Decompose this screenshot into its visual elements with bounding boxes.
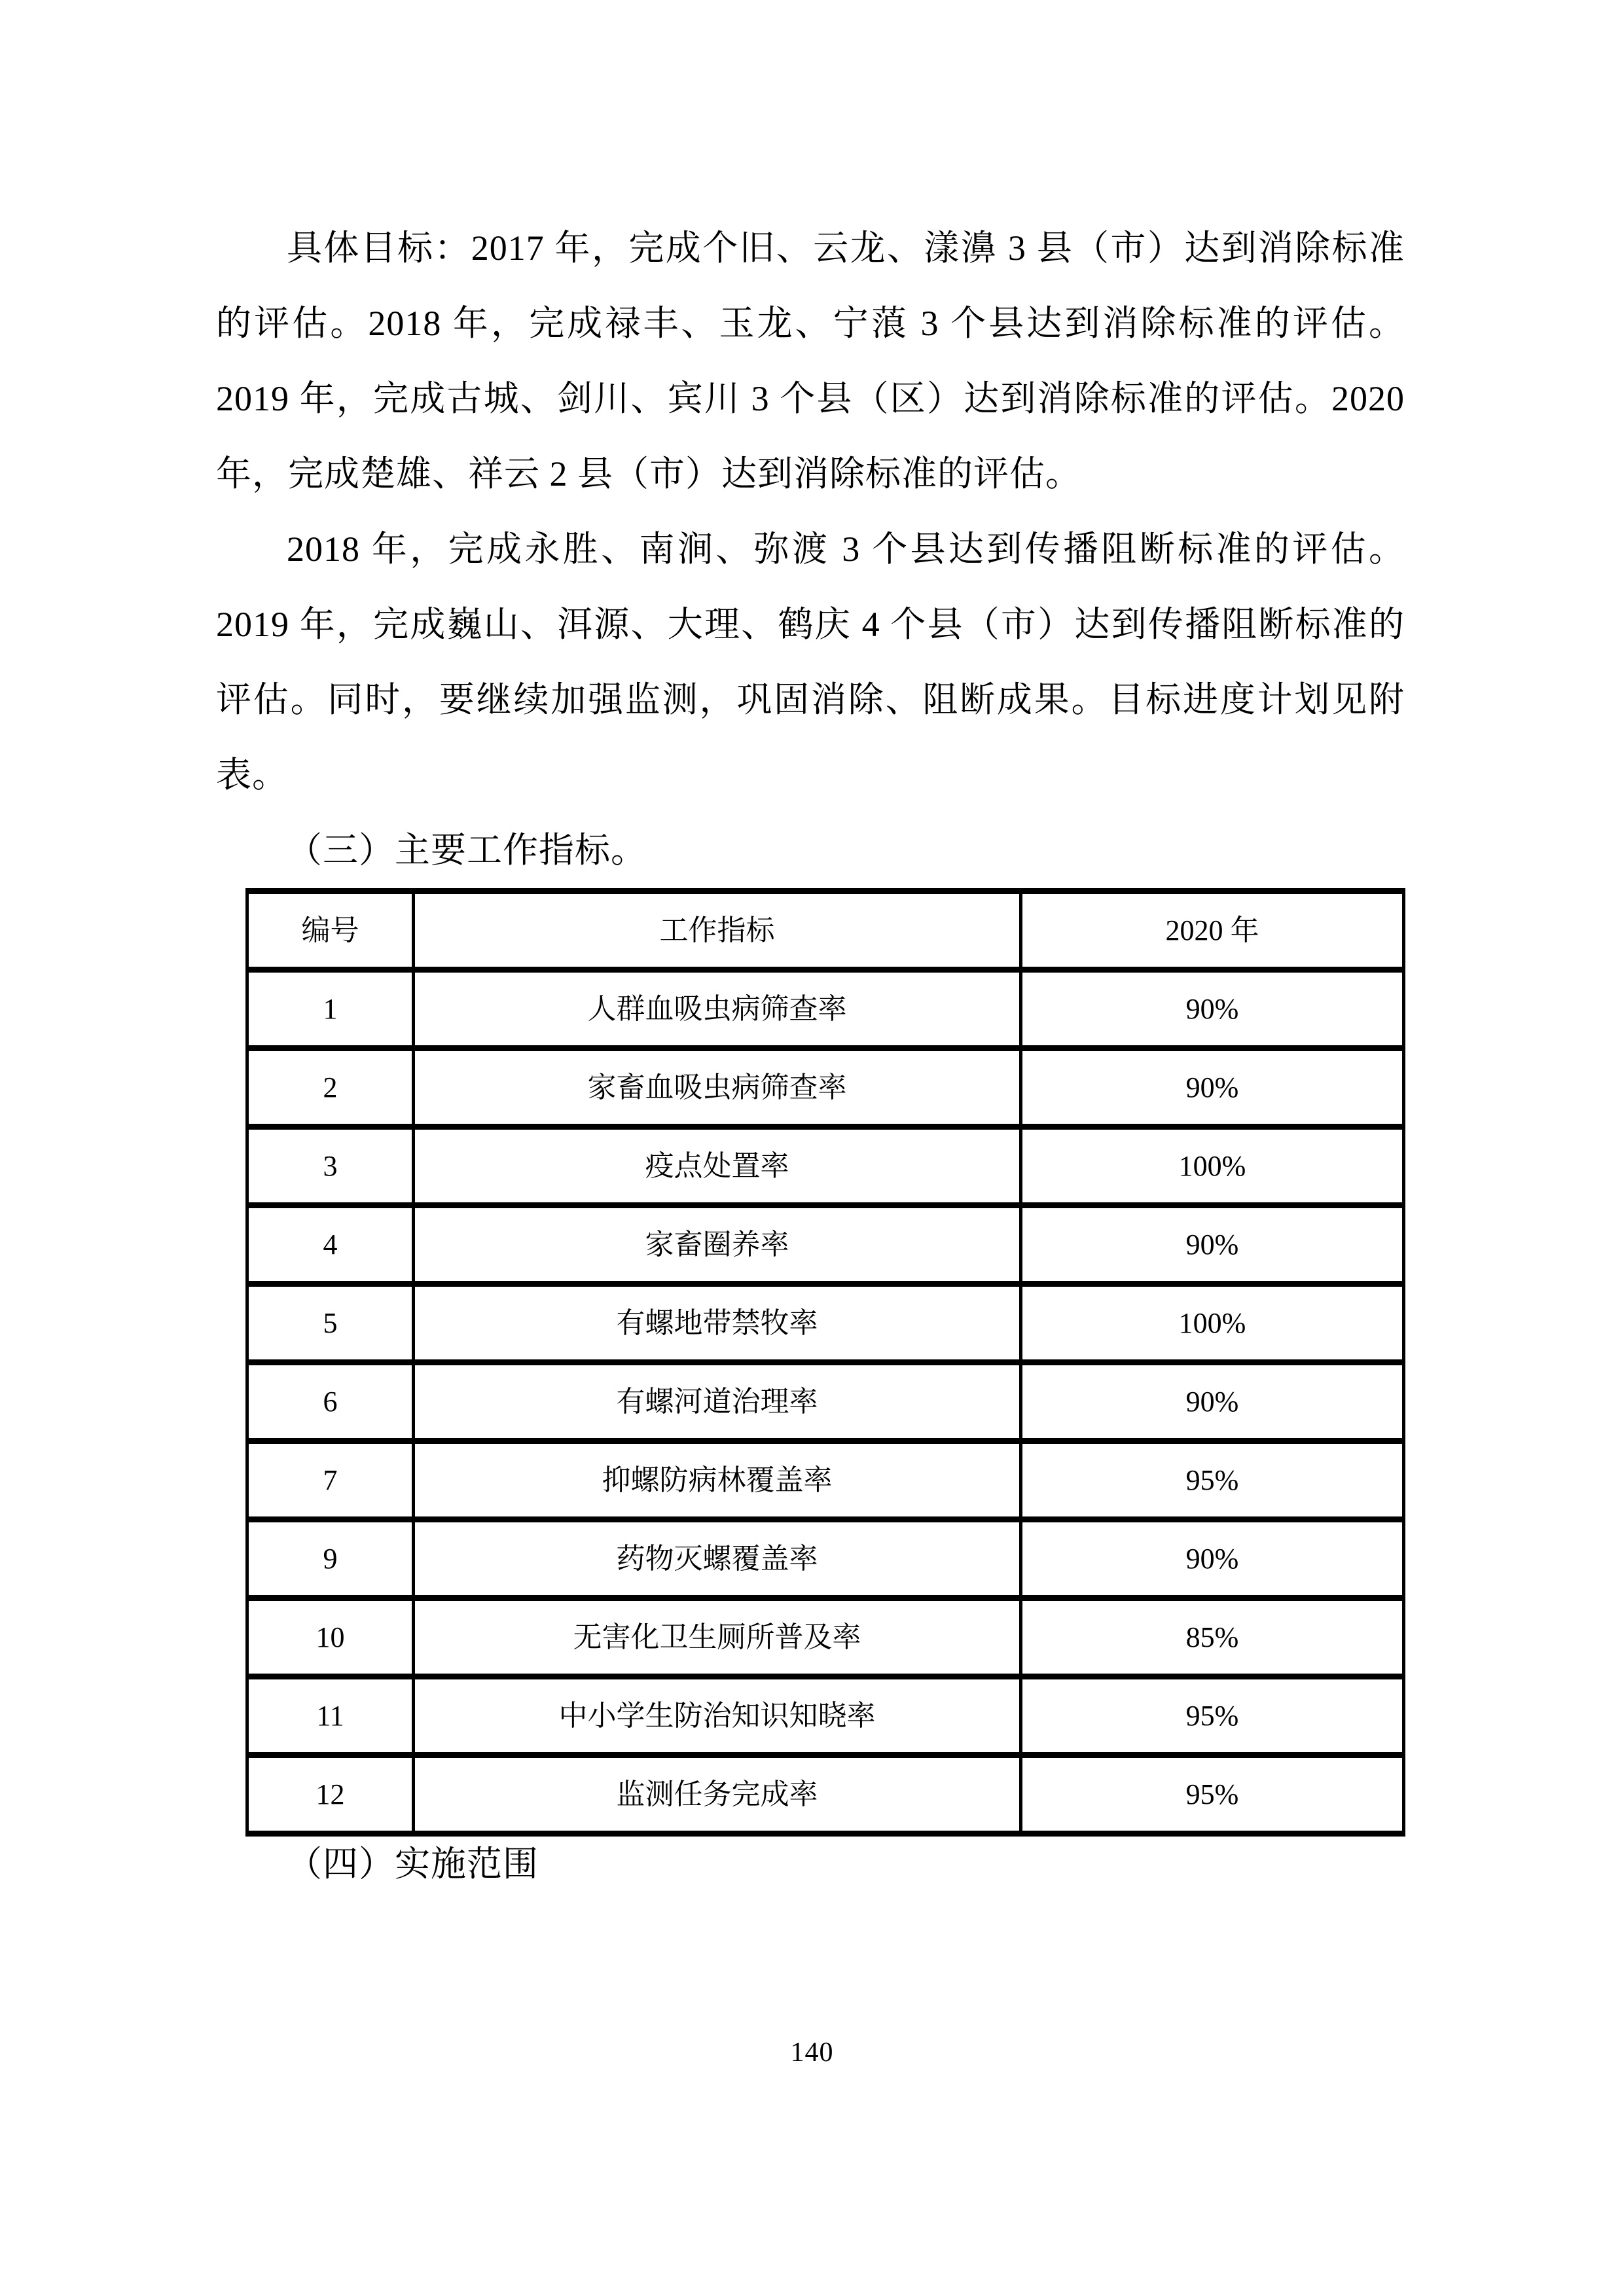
target-value-cell: 90% (1021, 1520, 1404, 1598)
indicator-name-cell: 有螺河道治理率 (414, 1363, 1021, 1441)
indicators-table-header: 编号 工作指标 2020 年 (247, 891, 1404, 970)
row-number-cell: 12 (247, 1755, 414, 1834)
table-row: 6有螺河道治理率90% (247, 1363, 1404, 1441)
table-row: 7抑螺防病林覆盖率95% (247, 1441, 1404, 1520)
table-row: 12监测任务完成率95% (247, 1755, 1404, 1834)
indicator-name-cell: 无害化卫生厕所普及率 (414, 1598, 1021, 1677)
col-header-number: 编号 (247, 891, 414, 970)
table-row: 3疫点处置率100% (247, 1127, 1404, 1206)
indicators-table: 编号 工作指标 2020 年 1人群血吸虫病筛查率90%2家畜血吸虫病筛查率90… (245, 888, 1405, 1837)
target-value-cell: 100% (1021, 1284, 1404, 1363)
indicators-table-body: 1人群血吸虫病筛查率90%2家畜血吸虫病筛查率90%3疫点处置率100%4家畜圈… (247, 970, 1404, 1834)
table-row: 4家畜圈养率90% (247, 1206, 1404, 1284)
indicator-name-cell: 家畜血吸虫病筛查率 (414, 1049, 1021, 1127)
row-number-cell: 6 (247, 1363, 414, 1441)
col-header-year-2020: 2020 年 (1021, 891, 1404, 970)
indicator-name-cell: 疫点处置率 (414, 1127, 1021, 1206)
target-value-cell: 95% (1021, 1441, 1404, 1520)
row-number-cell: 7 (247, 1441, 414, 1520)
table-row: 9药物灭螺覆盖率90% (247, 1520, 1404, 1598)
target-value-cell: 90% (1021, 1206, 1404, 1284)
document-content: 具体目标：2017 年，完成个旧、云龙、漾濞 3 县（市）达到消除标准的评估。2… (216, 211, 1405, 1902)
row-number-cell: 2 (247, 1049, 414, 1127)
indicator-name-cell: 有螺地带禁牧率 (414, 1284, 1021, 1363)
section-3-heading: （三）主要工作指标。 (216, 813, 1405, 888)
row-number-cell: 1 (247, 970, 414, 1049)
table-row: 1人群血吸虫病筛查率90% (247, 970, 1404, 1049)
row-number-cell: 10 (247, 1598, 414, 1677)
target-value-cell: 90% (1021, 1049, 1404, 1127)
row-number-cell: 5 (247, 1284, 414, 1363)
page-number: 140 (0, 2037, 1624, 2068)
indicator-name-cell: 监测任务完成率 (414, 1755, 1021, 1834)
row-number-cell: 11 (247, 1677, 414, 1755)
section-4-heading: （四）实施范围 (216, 1827, 1405, 1902)
table-row: 11中小学生防治知识知晓率95% (247, 1677, 1404, 1755)
table-header-row: 编号 工作指标 2020 年 (247, 891, 1404, 970)
col-header-indicator: 工作指标 (414, 891, 1021, 970)
table-row: 2家畜血吸虫病筛查率90% (247, 1049, 1404, 1127)
indicator-name-cell: 中小学生防治知识知晓率 (414, 1677, 1021, 1755)
target-value-cell: 90% (1021, 1363, 1404, 1441)
indicator-name-cell: 抑螺防病林覆盖率 (414, 1441, 1021, 1520)
paragraph-transmission-interruption: 2018 年，完成永胜、南涧、弥渡 3 个县达到传播阻断标准的评估。2019 年… (216, 512, 1405, 813)
indicator-name-cell: 人群血吸虫病筛查率 (414, 970, 1021, 1049)
row-number-cell: 4 (247, 1206, 414, 1284)
target-value-cell: 85% (1021, 1598, 1404, 1677)
target-value-cell: 100% (1021, 1127, 1404, 1206)
document-page: 具体目标：2017 年，完成个旧、云龙、漾濞 3 县（市）达到消除标准的评估。2… (0, 0, 1624, 2296)
target-value-cell: 95% (1021, 1677, 1404, 1755)
indicator-name-cell: 家畜圈养率 (414, 1206, 1021, 1284)
row-number-cell: 9 (247, 1520, 414, 1598)
table-row: 10无害化卫生厕所普及率85% (247, 1598, 1404, 1677)
row-number-cell: 3 (247, 1127, 414, 1206)
table-row: 5有螺地带禁牧率100% (247, 1284, 1404, 1363)
target-value-cell: 95% (1021, 1755, 1404, 1834)
indicator-name-cell: 药物灭螺覆盖率 (414, 1520, 1021, 1598)
paragraph-specific-goals: 具体目标：2017 年，完成个旧、云龙、漾濞 3 县（市）达到消除标准的评估。2… (216, 211, 1405, 512)
target-value-cell: 90% (1021, 970, 1404, 1049)
